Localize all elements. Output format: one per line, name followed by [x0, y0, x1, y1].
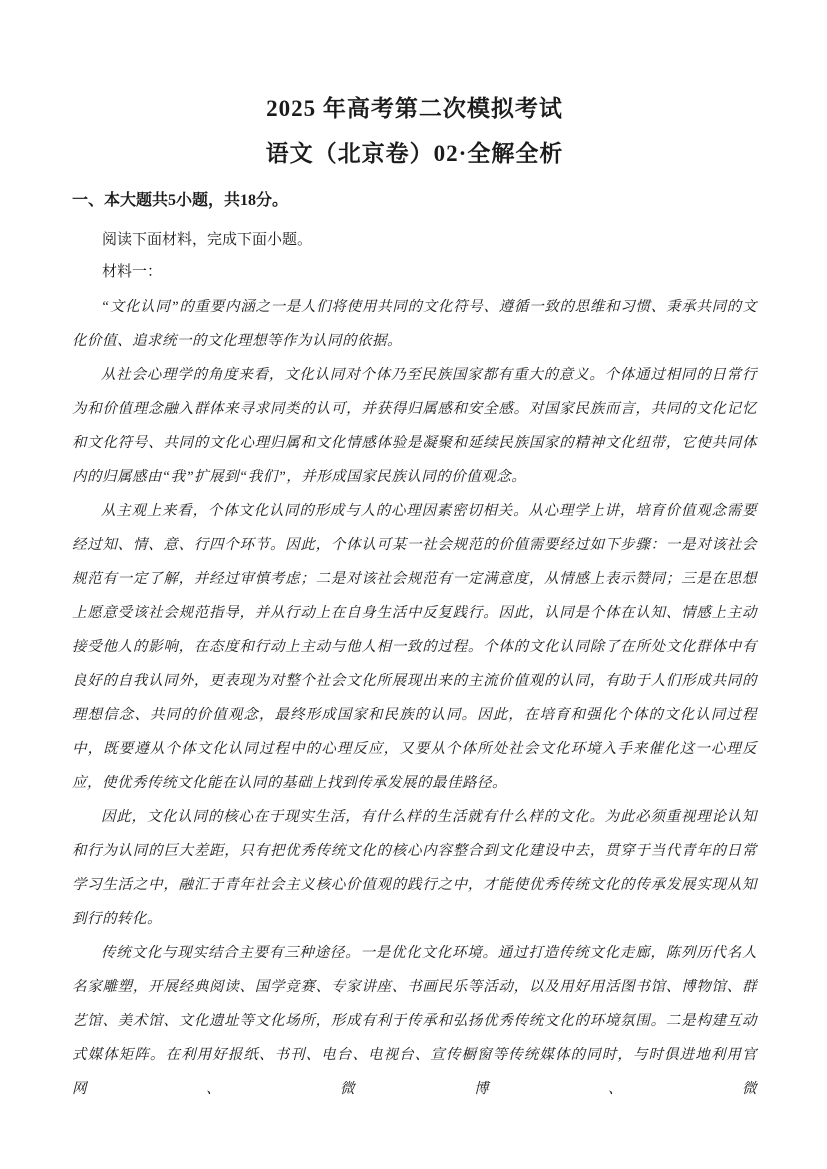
material-paragraph-5-truncated: 传统文化与现实结合主要有三种途径。一是优化文化环境。通过打造传统文化走廊，陈列历…	[72, 936, 757, 1106]
material-one-body: “文化认同”的重要内涵之一是人们将使用共同的文化符号、遵循一致的思维和习惯、秉承…	[72, 290, 757, 1106]
exam-document-page: 2025 年高考第二次模拟考试 语文（北京卷）02·全解全析 一、本大题共5小题…	[0, 0, 827, 1169]
title-block: 2025 年高考第二次模拟考试 语文（北京卷）02·全解全析	[72, 94, 757, 169]
material-paragraph-4: 因此，文化认同的核心在于现实生活，有什么样的生活就有什么样的文化。为此必须重视理…	[72, 800, 757, 936]
material-paragraph-1: “文化认同”的重要内涵之一是人们将使用共同的文化符号、遵循一致的思维和习惯、秉承…	[72, 290, 757, 358]
reading-instruction: 阅读下面材料，完成下面小题。	[72, 224, 757, 256]
material-one-label: 材料一：	[72, 256, 757, 288]
material-paragraph-3: 从主观上来看，个体文化认同的形成与人的心理因素密切相关。从心理学上讲，培育价值观…	[72, 494, 757, 800]
material-paragraph-2: 从社会心理学的角度来看，文化认同对个体乃至民族国家都有重大的意义。个体通过相同的…	[72, 358, 757, 494]
document-title-line-1: 2025 年高考第二次模拟考试	[72, 94, 757, 124]
document-title-line-2: 语文（北京卷）02·全解全析	[72, 139, 757, 169]
section-one-heading: 一、本大题共5小题，共18分。	[72, 190, 757, 212]
